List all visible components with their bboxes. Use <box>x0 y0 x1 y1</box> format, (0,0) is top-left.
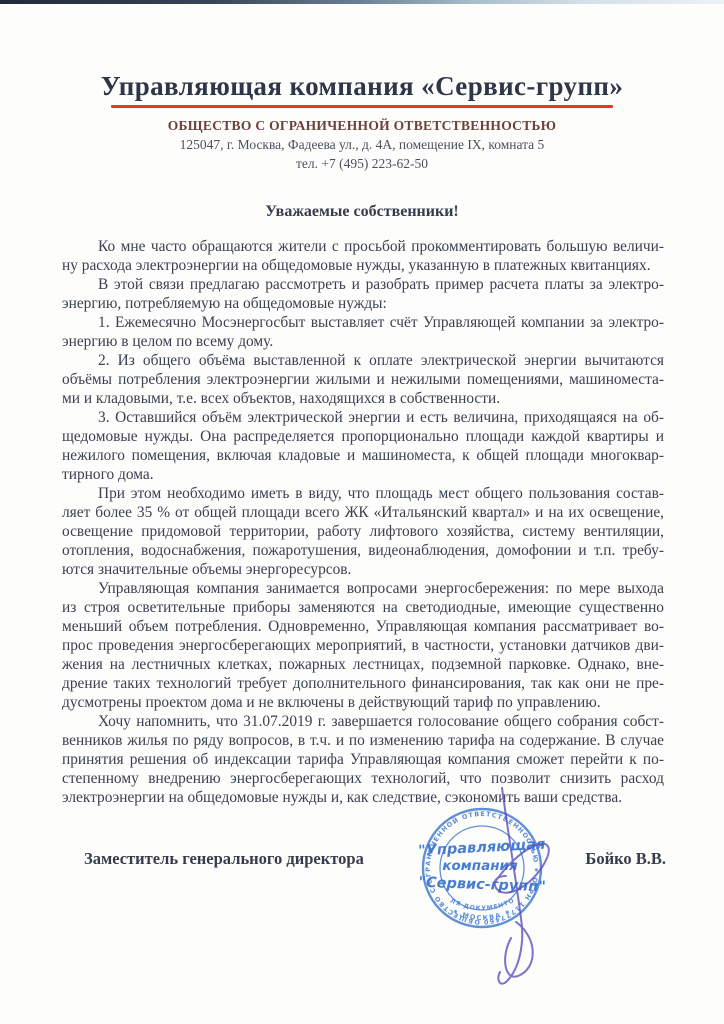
paragraph: Ко мне часто обращаются жители с просьбо… <box>62 237 664 275</box>
paragraph: 3. Оставшийся объём электрической энерги… <box>62 408 664 484</box>
salutation: Уважаемые собственники! <box>0 202 724 221</box>
paragraph-line: электроэнергии на общедомовые нужды и, к… <box>62 788 664 807</box>
paragraph-line: ну расхода электроэнергии на общедомовые… <box>62 256 664 275</box>
company-phone: тел. +7 (495) 223-62-50 <box>0 155 724 172</box>
paragraph: В этой связи предлагаю рассмотреть и раз… <box>62 275 664 313</box>
paragraph-line: Хочу напомнить, что 31.07.2019 г. заверш… <box>62 712 664 731</box>
paragraph-line: При этом необходимо иметь в виду, что пл… <box>62 484 664 503</box>
red-divider-rule <box>111 105 613 108</box>
paragraph-line: 3. Оставшийся объём электрической энерги… <box>62 408 664 427</box>
stamp-inner-text-moscow: ⁕ МОСКВА ⁕ <box>451 907 513 922</box>
paragraph-line: прос проведения энергосберегающих меропр… <box>62 636 664 655</box>
company-address: 125047, г. Москва, Фадеева ул., д. 4А, п… <box>0 136 724 153</box>
signer-name: Бойко В.В. <box>585 849 666 869</box>
scan-edge-artifact <box>0 0 724 4</box>
stamp-center-line-3: "Сервис-групп" <box>418 875 546 895</box>
paragraph-line: дусмотрены проектом дома и не включены в… <box>62 693 664 712</box>
handwritten-signature <box>495 788 549 984</box>
paragraph-line: Управляющая компания занимается вопросам… <box>62 579 664 598</box>
company-stamp: ОБЩЕСТВО С ОГРАНИЧЕННОЙ ОТВЕТСТВЕННОСТЬЮ… <box>398 780 608 1006</box>
paragraph: 2. Из общего объёма выставленной к оплат… <box>62 351 664 408</box>
paragraph-line: венников жилья по ряду вопросов, в т.ч. … <box>62 731 664 750</box>
company-legal-form: ОБЩЕСТВО С ОГРАНИЧЕННОЙ ОТВЕТСТВЕННОСТЬЮ <box>0 117 724 134</box>
paragraph-line: объёмы потребления электроэнергии жилыми… <box>62 370 664 389</box>
paragraph-line: энергию в целом по всему дому. <box>62 332 664 351</box>
paragraph-line: щедомовые нужды. Она распределяется проп… <box>62 427 664 446</box>
paragraph: Управляющая компания занимается вопросам… <box>62 579 664 712</box>
paragraph-line: энергию, потребляемую на общедомовые нуж… <box>62 294 664 313</box>
signer-position: Заместитель генерального директора <box>84 849 364 869</box>
scanned-letter-page: Управляющая компания «Сервис-групп» ОБЩЕ… <box>0 0 724 1024</box>
paragraph-line: меньший объем потребления. Одновременно,… <box>62 617 664 636</box>
paragraph-line: дрение таких технологий требует дополнит… <box>62 674 664 693</box>
paragraph: Хочу напомнить, что 31.07.2019 г. заверш… <box>62 712 664 807</box>
letter-body: Ко мне часто обращаются жители с просьбо… <box>62 237 664 807</box>
stamp-and-signature: ОБЩЕСТВО С ОГРАНИЧЕННОЙ ОТВЕТСТВЕННОСТЬЮ… <box>398 780 608 1006</box>
paragraph-line: принятия решения об индексации тарифа Уп… <box>62 750 664 769</box>
company-title: Управляющая компания «Сервис-групп» <box>0 72 724 100</box>
paragraph-line: жения на лестничных клетках, пожарных ле… <box>62 655 664 674</box>
paragraph-line: нежилого помещения, включая кладовые и м… <box>62 446 664 465</box>
paragraph-line: ляет более 35 % от общей площади всего Ж… <box>62 503 664 522</box>
paragraph-line: 2. Из общего объёма выставленной к оплат… <box>62 351 664 370</box>
paragraph: При этом необходимо иметь в виду, что пл… <box>62 484 664 579</box>
paragraph-line: В этой связи предлагаю рассмотреть и раз… <box>62 275 664 294</box>
paragraph-line: степенному внедрению энергосберегающих т… <box>62 769 664 788</box>
paragraph: 1. Ежемесячно Мосэнергосбыт выставляет с… <box>62 313 664 351</box>
paragraph-line: тирного дома. <box>62 465 664 484</box>
paragraph-line: ются значительные объемы энергоресурсов. <box>62 560 664 579</box>
signature-row: Заместитель генерального директора Бойко… <box>0 849 724 869</box>
paragraph-line: освещение придомовой территории, работу … <box>62 522 664 541</box>
paragraph-line: Ко мне часто обращаются жители с просьбо… <box>62 237 664 256</box>
paragraph-line: ми и кладовыми, т.е. всех объектов, нахо… <box>62 389 664 408</box>
paragraph-line: отопления, водоснабжения, пожаротушения,… <box>62 541 664 560</box>
paragraph-line: 1. Ежемесячно Мосэнергосбыт выставляет с… <box>62 313 664 332</box>
letterhead: Управляющая компания «Сервис-групп» ОБЩЕ… <box>0 72 724 172</box>
paragraph-line: из строя осветительные приборы заменяютс… <box>62 598 664 617</box>
